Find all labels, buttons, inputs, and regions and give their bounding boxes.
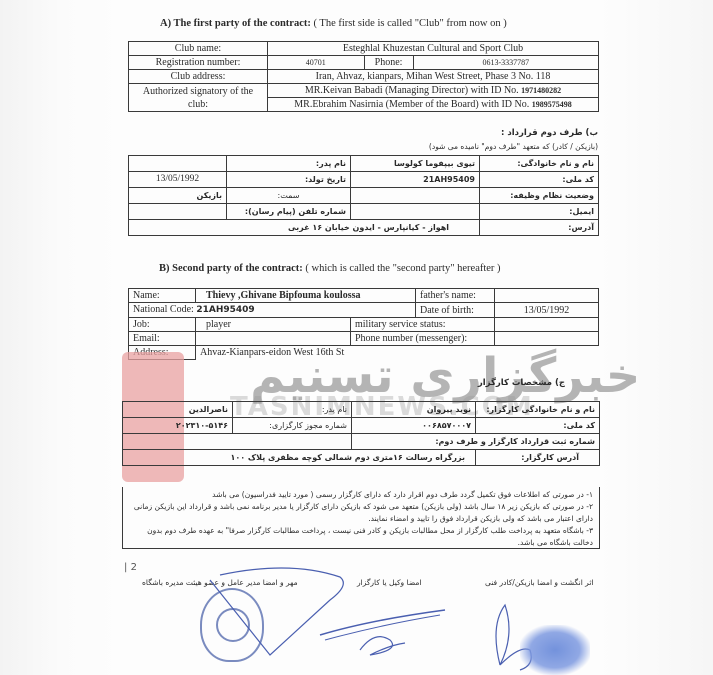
section-b-heading: B) Second party of the contract: ( which…	[159, 263, 501, 274]
page-number: | 2	[124, 562, 137, 573]
second-party-fa-table: نام و نام خانوادگی: تیوی بیپفوما کولوسا …	[128, 155, 599, 236]
agent-national-code-label: کد ملی:	[476, 418, 600, 434]
fa-name: تیوی بیپفوما کولوسا	[351, 156, 480, 172]
fa-dob: 13/05/1992	[129, 172, 227, 188]
fa-address: اهواز - کیانپارس - ایدون خیابان ۱۶ غربی	[129, 220, 480, 236]
messenger-label: Phone number (messenger):	[351, 332, 495, 346]
contract-page: A) The first party of the contract: ( Th…	[0, 0, 713, 675]
messenger-value	[495, 332, 599, 346]
phone-label: Phone:	[364, 56, 413, 70]
fa-address-label: آدرس:	[480, 220, 599, 236]
club-address-label: Club address:	[129, 70, 268, 84]
registration-number: 40701	[268, 56, 365, 70]
section-c-heading: ج) مشخصات کارگزار	[478, 378, 565, 388]
registration-number-label: شماره ثبت قرارداد کارگزار و طرف دوم:	[352, 434, 600, 450]
agent-name: نوید پیروان	[352, 402, 476, 418]
military-label: military service status:	[351, 318, 495, 332]
clause-1: ۱- در صورتی که اطلاعات فوق تکمیل گردد طر…	[129, 489, 593, 501]
registration-label: Registration number:	[129, 56, 268, 70]
section-a-heading: A) The first party of the contract: ( Th…	[160, 18, 507, 29]
agent-license-label: شماره مجوز کارگزاری:	[233, 418, 352, 434]
dob-label: Date of birth:	[416, 303, 495, 318]
father-value	[495, 289, 599, 303]
player-name: Thievy ,Ghivane Bipfouma koulossa	[196, 289, 416, 303]
section-b-fa-heading: ب) طرف دوم قرارداد :	[501, 128, 598, 138]
fa-military-label: وضعیت نظام وظیفه:	[480, 188, 599, 204]
fa-position: بازیکن	[129, 188, 227, 204]
fa-email	[351, 204, 480, 220]
email-value	[196, 332, 351, 346]
phone-value: 0613-3337787	[413, 56, 598, 70]
fa-dob-label: تاریخ تولد:	[227, 172, 351, 188]
clause-3: ۳- باشگاه متعهد به پرداخت طلب کارگزار از…	[129, 525, 593, 549]
military-value	[495, 318, 599, 332]
fingerprint-icon	[520, 625, 590, 675]
national-code: National Code: 21AH95409	[129, 303, 416, 318]
fa-national-code-label: کد ملی:	[480, 172, 599, 188]
fa-military	[351, 188, 480, 204]
signatory-2: MR.Ebrahim Nasirnia (Member of the Board…	[268, 98, 599, 112]
registration-number-value	[123, 434, 352, 450]
agent-name-label: نام و نام خانوادگی کارگزار:	[476, 402, 600, 418]
fa-father	[129, 156, 227, 172]
fa-position-label: سمت:	[227, 188, 351, 204]
fa-father-label: نام پدر:	[227, 156, 351, 172]
agent-address: بزرگراه رسالت ۱۶متری دوم شمالی کوچه مظفر…	[123, 450, 476, 466]
agent-table: نام و نام خانوادگی کارگزار: نوید پیروان …	[122, 401, 600, 466]
signatory-1: MR.Keivan Babadi (Managing Director) wit…	[268, 84, 599, 98]
dob-value: 13/05/1992	[495, 303, 599, 318]
club-info-table: Club name: Esteghlal Khuzestan Cultural …	[128, 41, 599, 112]
clauses-box: ۱- در صورتی که اطلاعات فوق تکمیل گردد طر…	[122, 487, 600, 549]
agent-license: ۲۰۲۳۱۰-۵۱۴۶	[123, 418, 233, 434]
agent-national-code: ۰۰۶۸۵۷۰۰۰۷	[352, 418, 476, 434]
club-address: Iran, Ahvaz, kianpars, Mihan West Street…	[268, 70, 599, 84]
job-value: player	[196, 318, 351, 332]
signatory-label: Authorized signatory of the club:	[129, 84, 268, 112]
father-label: father's name:	[416, 289, 495, 303]
section-b-fa-subheading: (بازیکن / کادر) که متعهد "طرف دوم" نامید…	[429, 142, 598, 151]
name-label: Name:	[129, 289, 196, 303]
agent-address-label: آدرس کارگزار:	[476, 450, 600, 466]
club-name: Esteghlal Khuzestan Cultural and Sport C…	[268, 42, 599, 56]
fa-messenger	[129, 204, 227, 220]
fa-messenger-label: شماره تلفن (پیام رسان):	[227, 204, 351, 220]
clause-2: ۲- در صورتی که بازیکن زیر ۱۸ سال باشد (و…	[129, 501, 593, 525]
email-label: Email:	[129, 332, 196, 346]
agent-father: ناصرالدین	[123, 402, 233, 418]
club-name-label: Club name:	[129, 42, 268, 56]
job-label: Job:	[129, 318, 196, 332]
fa-national-code: 21AH95409	[351, 172, 480, 188]
agent-father-label: نام پدر:	[233, 402, 352, 418]
fa-email-label: ایمیل:	[480, 204, 599, 220]
fa-name-label: نام و نام خانوادگی:	[480, 156, 599, 172]
